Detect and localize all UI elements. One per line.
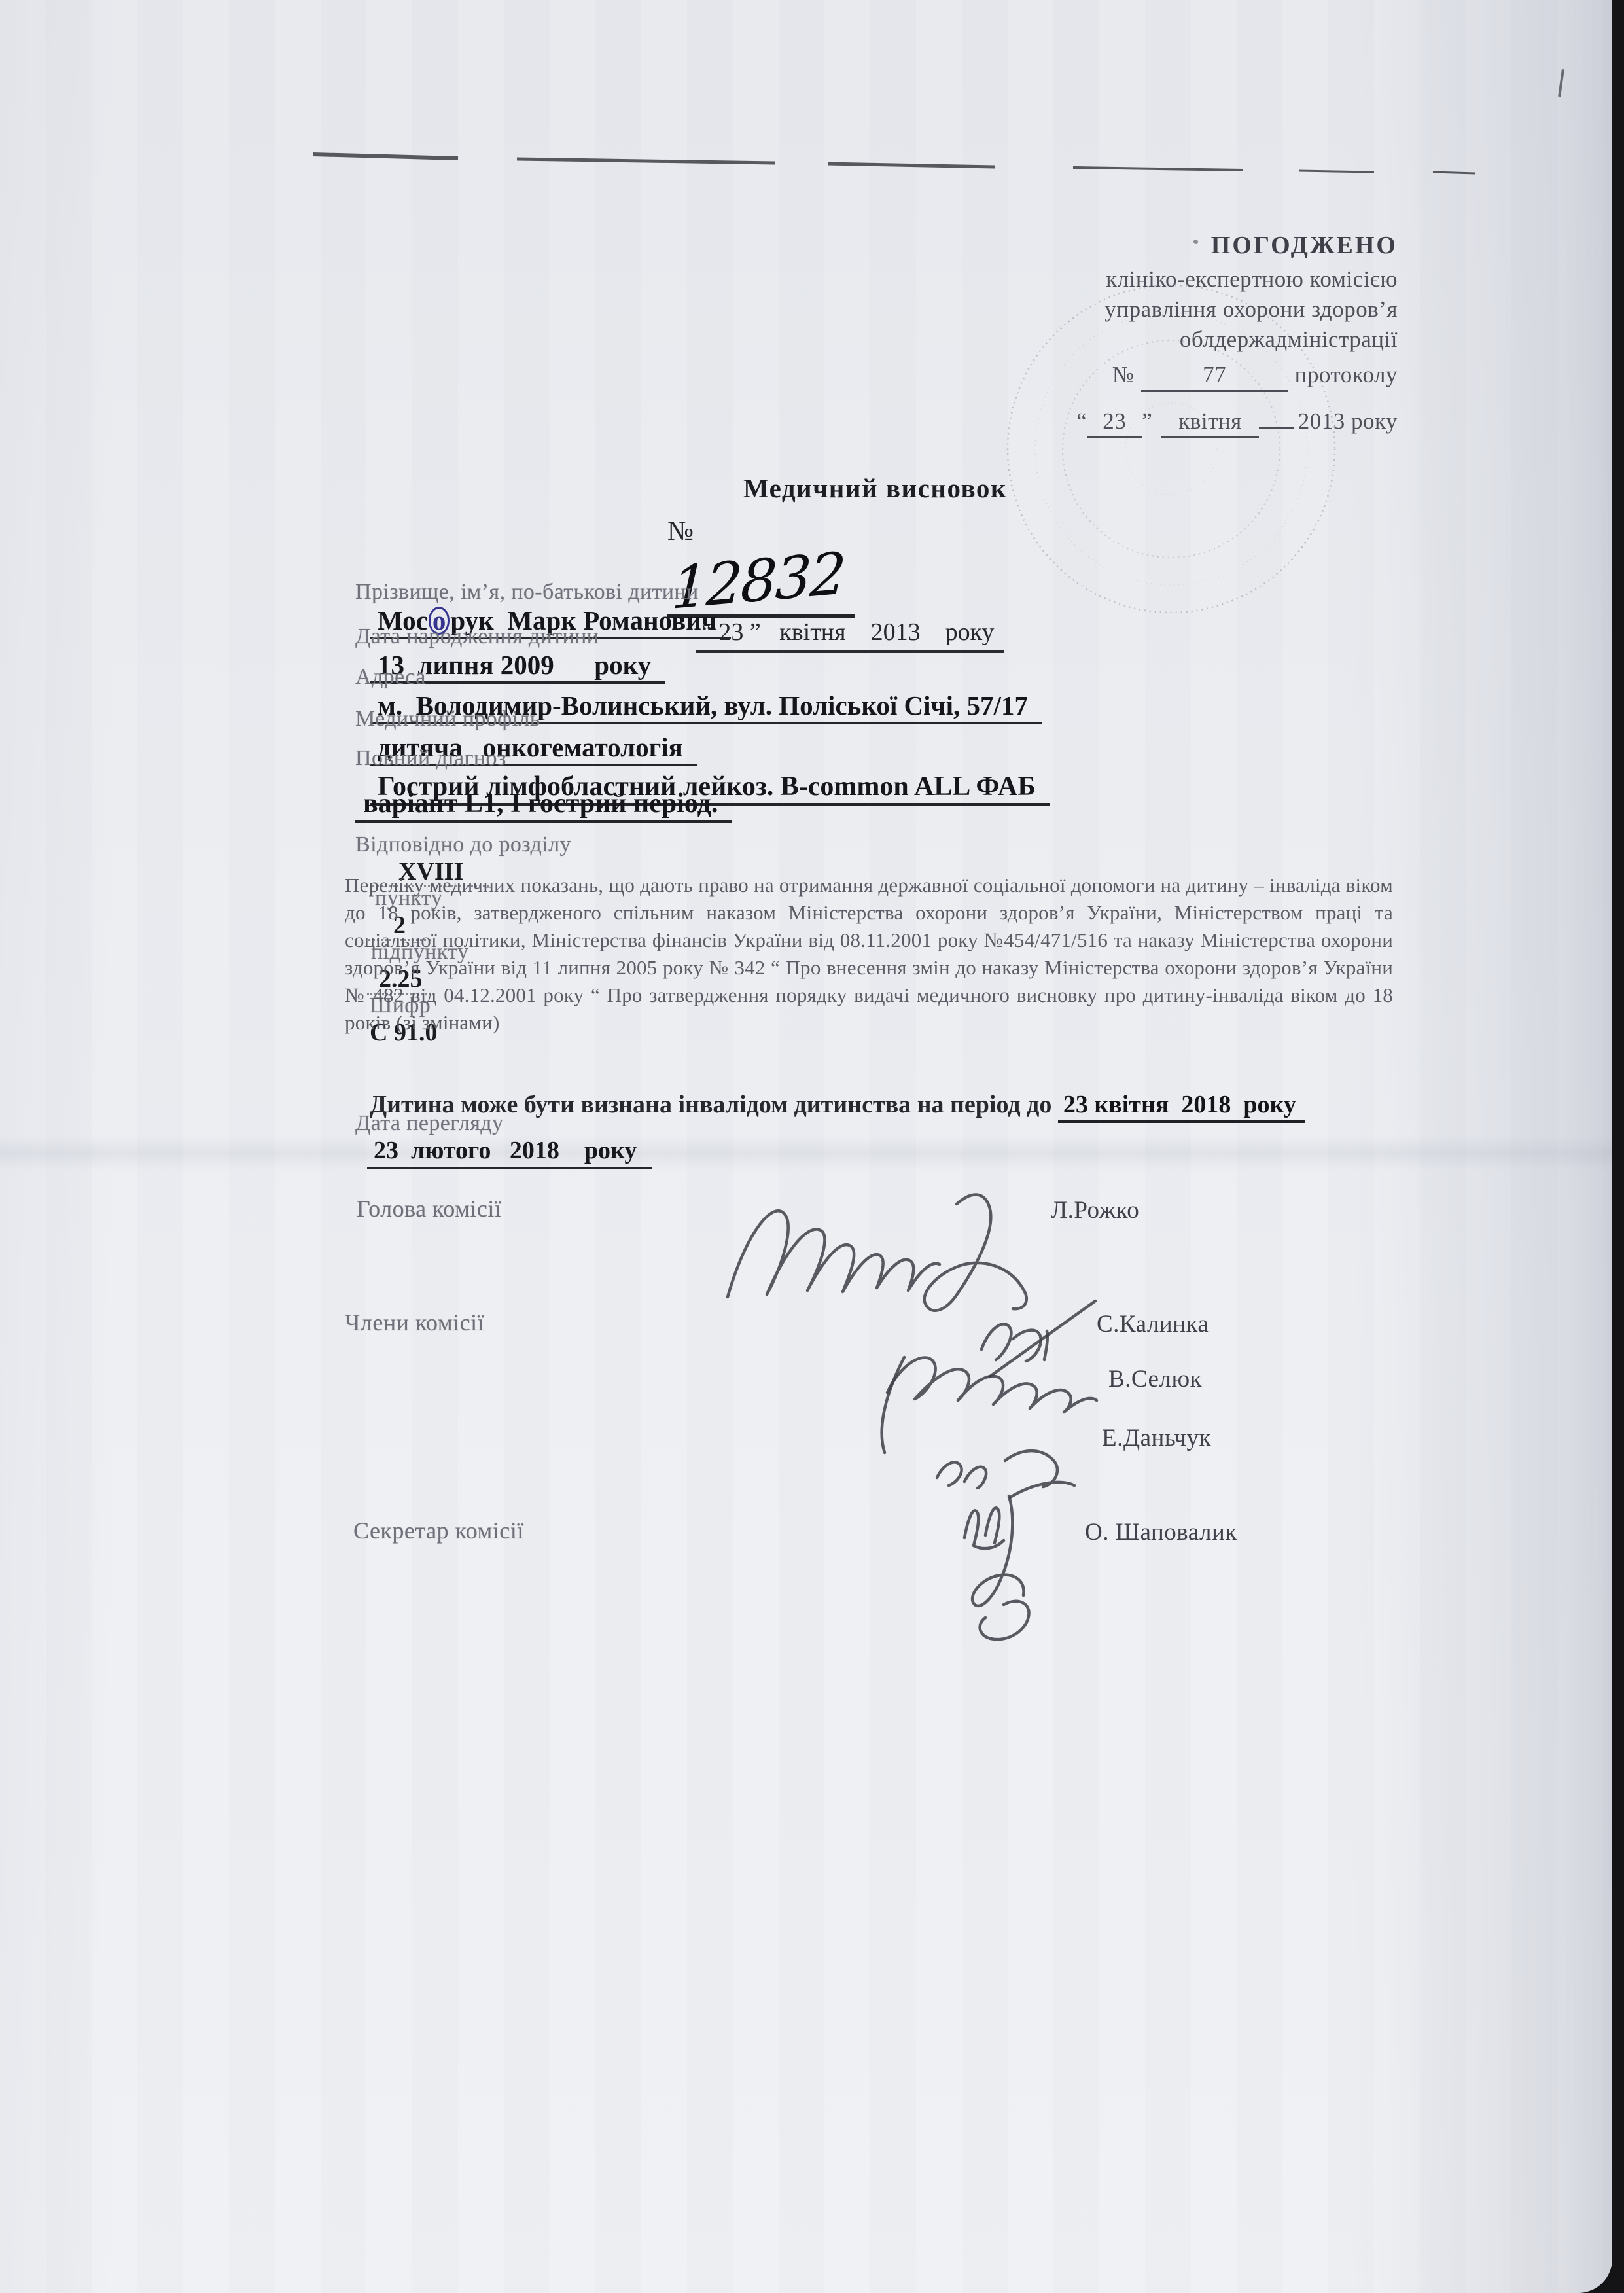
legal-paragraph: Переліку медичних показань, що дають пра… [345,872,1393,1037]
stray-ink-dot [1193,240,1198,244]
diagnosis-label: Повний діагноз [355,746,506,770]
protocol-no-label: № [1112,360,1135,390]
approval-heading: ПОГОДЖЕНО [1211,232,1398,259]
address-label: Адреса [355,665,426,689]
review-date-value: 23 лютого 2018 року [367,1137,652,1169]
document-date: “ 23 ” квітня 2013 року [696,618,1004,653]
member2-name: В.Селюк [1108,1365,1202,1393]
approval-block: ПОГОДЖЕНО клініко-експертною комісією уп… [1065,230,1398,438]
review-date-line: Дата перегляду 23 лютого 2018 року [345,1099,652,1177]
section-label: Відповідно до розділу [355,832,571,857]
fold-crease [281,137,1498,183]
quote-close: ” [1142,406,1152,436]
scanned-document: ПОГОДЖЕНО клініко-експертною комісією уп… [0,0,1624,2293]
page-title: Медичний висновок [743,472,1007,504]
members-label: Члени комісії [345,1309,484,1336]
protocol-word: протоколу [1295,360,1398,390]
approval-line-committee: клініко-експертною комісією [1065,264,1398,294]
approval-heading-row: ПОГОДЖЕНО [1065,230,1398,260]
approval-date-month: квітня [1161,406,1258,438]
conclusion-value: 23 квітня 2018 року [1058,1091,1305,1123]
review-date-label: Дата перегляду [355,1111,503,1135]
birth-date-label: Дата народження дитини [355,624,599,649]
medical-profile-label: Медичний профіль [355,707,540,731]
signature-secretary [941,1465,1052,1675]
protocol-number: 77 [1141,360,1288,392]
document-no-label: № [667,516,694,546]
approval-date-line: “ 23 ” квітня 2013 року [1065,406,1398,438]
chair-label: Голова комісії [357,1195,501,1222]
secretary-label: Секретар комісії [353,1517,524,1544]
approval-line-department: управління охорони здоров’я [1065,294,1398,325]
approval-protocol-line: № 77 протоколу [1065,360,1398,392]
approval-date-year: 2013 року [1298,406,1398,436]
secretary-name: О. Шаповалик [1085,1518,1237,1546]
member3-name: Е.Даньчук [1102,1424,1211,1452]
quote-open: “ [1076,406,1087,436]
approval-line-administration: облдержадміністрації [1065,325,1398,355]
approval-date-day: 23 [1087,406,1142,438]
underline-gap [1259,427,1294,429]
child-name-label: Прізвище, ім’я, по-батькові дитини [355,580,699,604]
chair-name: Л.Рожко [1051,1196,1139,1224]
diagnosis-value-line2: варіант L1, І гострий період. [355,789,732,823]
